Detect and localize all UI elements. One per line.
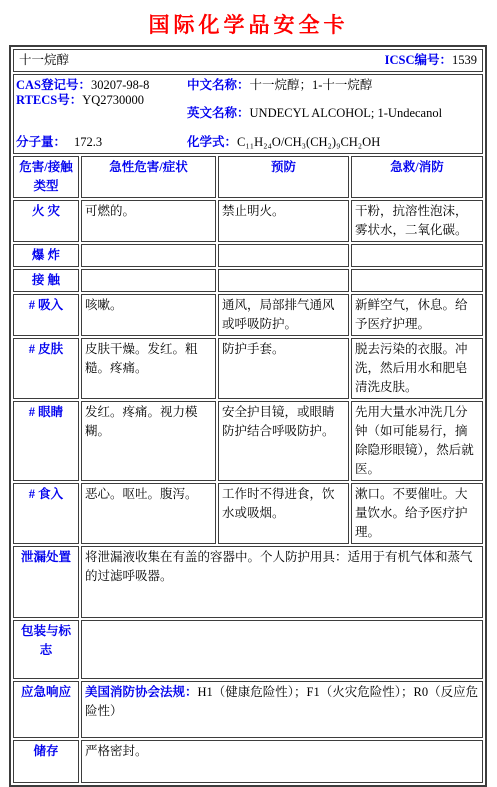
emergency-content-cell: 美国消防协会法规：H1（健康危险性）；F1（火灾危险性）；R0（反应危险性） xyxy=(81,681,483,738)
row-label-explosion: 爆 炸 xyxy=(13,244,79,267)
molecular-weight-value: 172.3 xyxy=(74,135,102,149)
prevention-cell: 通风，局部排气通风或呼吸防护。 xyxy=(218,294,349,336)
table-row-inhalation: # 吸入 咳嗽。 通风，局部排气通风或呼吸防护。 新鲜空气，休息。给予医疗护理。 xyxy=(13,294,483,336)
column-header-symptoms: 急性危害/症状 xyxy=(81,156,216,198)
cas-value: 30207-98-8 xyxy=(91,78,149,92)
response-cell: 新鲜空气，休息。给予医疗护理。 xyxy=(351,294,483,336)
icsc-number-value: 1539 xyxy=(452,53,477,67)
spillage-content-cell: 将泄漏液收集在有盖的容器中。个人防护用具：适用于有机气体和蒸气的过滤呼吸器。 xyxy=(81,546,483,618)
row-label-eyes: # 眼睛 xyxy=(13,401,79,481)
table-row-eyes: # 眼睛 发红。疼痛。视力模糊。 安全护目镜，或眼睛防护结合呼吸防护。 先用大量… xyxy=(13,401,483,481)
symptoms-cell xyxy=(81,269,216,292)
prevention-cell: 禁止明火。 xyxy=(218,200,349,242)
row-label-spillage: 泄漏处置 xyxy=(13,546,79,618)
response-cell xyxy=(351,269,483,292)
symptoms-cell xyxy=(81,244,216,267)
rtecs-value: YQ2730000 xyxy=(82,93,144,107)
table-row-fire: 火 灾 可燃的。 禁止明火。 干粉，抗溶性泡沫，雾状水，二氧化碳。 xyxy=(13,200,483,242)
response-cell: 漱口。不要催吐。大量饮水。给予医疗护理。 xyxy=(351,483,483,544)
response-cell xyxy=(351,244,483,267)
row-label-exposure: 接 触 xyxy=(13,269,79,292)
response-cell: 脱去污染的衣服。冲洗，然后用水和肥皂清洗皮肤。 xyxy=(351,338,483,399)
prevention-cell: 安全护目镜，或眼睛防护结合呼吸防护。 xyxy=(218,401,349,481)
column-header-response: 急救/消防 xyxy=(351,156,483,198)
formula-line: 化学式：C₁₁H₂₄O/CH₃(CH₂)₉CH₂OH xyxy=(187,133,380,152)
chinese-name-value: 十一烷醇；1-十一烷醇 xyxy=(250,78,373,92)
symptoms-cell: 发红。疼痛。视力模糊。 xyxy=(81,401,216,481)
chinese-name-label: 中文名称： xyxy=(187,78,250,92)
emergency-lead: 美国消防协会法规： xyxy=(85,685,198,699)
table-row-exposure: 接 触 xyxy=(13,269,483,292)
row-label-ingestion: # 食入 xyxy=(13,483,79,544)
symptoms-cell: 皮肤干燥。发红。粗糙。疼痛。 xyxy=(81,338,216,399)
row-label-emergency: 应急响应 xyxy=(13,681,79,738)
response-cell: 先用大量水冲洗几分钟（如可能易行，摘除隐形眼镜），然后就医。 xyxy=(351,401,483,481)
prevention-cell xyxy=(218,269,349,292)
safety-card-table: 十一烷醇 ICSC编号：1539 CAS登记号：30207-98-8 RTECS… xyxy=(11,47,485,785)
storage-content-cell: 严格密封。 xyxy=(81,740,483,783)
english-name-value: UNDECYL ALCOHOL; 1-Undecanol xyxy=(250,106,443,120)
table-row-explosion: 爆 炸 xyxy=(13,244,483,267)
formula-label: 化学式： xyxy=(187,135,237,149)
response-cell: 干粉，抗溶性泡沫，雾状水，二氧化碳。 xyxy=(351,200,483,242)
table-row-ingestion: # 食入 恶心。呕吐。腹泻。 工作时不得进食，饮水或吸烟。 漱口。不要催吐。大量… xyxy=(13,483,483,544)
chinese-name-line: 中文名称：十一烷醇；1-十一烷醇 xyxy=(187,76,372,95)
rtecs-line: RTECS号：YQ2730000 xyxy=(16,91,144,110)
table-row-emergency: 应急响应 美国消防协会法规：H1（健康危险性）；F1（火灾危险性）；R0（反应危… xyxy=(13,681,483,738)
molecular-weight-line: 分子量：172.3 xyxy=(16,133,102,152)
safety-card: 十一烷醇 ICSC编号：1539 CAS登记号：30207-98-8 RTECS… xyxy=(9,45,487,787)
prevention-cell: 工作时不得进食，饮水或吸烟。 xyxy=(218,483,349,544)
row-label-storage: 储存 xyxy=(13,740,79,783)
table-row-skin: # 皮肤 皮肤干燥。发红。粗糙。疼痛。 防护手套。 脱去污染的衣服。冲洗，然后用… xyxy=(13,338,483,399)
cas-label: CAS登记号： xyxy=(16,78,91,92)
packaging-content-cell xyxy=(81,620,483,679)
identity-info-block: CAS登记号：30207-98-8 RTECS号：YQ2730000 分子量：1… xyxy=(13,74,483,154)
chemical-name: 十一烷醇 xyxy=(19,51,69,70)
storage-text: 严格密封。 xyxy=(85,744,148,758)
symptoms-cell: 可燃的。 xyxy=(81,200,216,242)
english-name-label: 英文名称： xyxy=(187,106,250,120)
hazard-header-row: 危害/接触类型 急性危害/症状 预防 急救/消防 xyxy=(13,156,483,198)
column-header-hazard-type: 危害/接触类型 xyxy=(13,156,79,198)
icsc-number-label: ICSC编号： xyxy=(385,53,452,67)
page-title: 国际化学品安全卡 xyxy=(0,9,497,39)
table-row-storage: 储存 严格密封。 xyxy=(13,740,483,783)
row-label-inhalation: # 吸入 xyxy=(13,294,79,336)
symptoms-cell: 咳嗽。 xyxy=(81,294,216,336)
column-header-prevention: 预防 xyxy=(218,156,349,198)
row-label-fire: 火 灾 xyxy=(13,200,79,242)
english-name-line: 英文名称：UNDECYL ALCOHOL; 1-Undecanol xyxy=(187,104,442,123)
prevention-cell xyxy=(218,244,349,267)
row-label-packaging: 包装与标志 xyxy=(13,620,79,679)
symptoms-cell: 恶心。呕吐。腹泻。 xyxy=(81,483,216,544)
molecular-weight-label: 分子量： xyxy=(16,135,66,149)
prevention-cell: 防护手套。 xyxy=(218,338,349,399)
row-label-skin: # 皮肤 xyxy=(13,338,79,399)
table-row-spillage: 泄漏处置 将泄漏液收集在有盖的容器中。个人防护用具：适用于有机气体和蒸气的过滤呼… xyxy=(13,546,483,618)
spillage-text: 将泄漏液收集在有盖的容器中。个人防护用具：适用于有机气体和蒸气的过滤呼吸器。 xyxy=(85,550,473,583)
rtecs-label: RTECS号： xyxy=(16,93,82,107)
formula-value: C₁₁H₂₄O/CH₃(CH₂)₉CH₂OH xyxy=(237,135,380,149)
table-row-packaging: 包装与标志 xyxy=(13,620,483,679)
icsc-number-group: ICSC编号：1539 xyxy=(385,51,477,70)
name-bar: 十一烷醇 ICSC编号：1539 xyxy=(13,49,483,72)
